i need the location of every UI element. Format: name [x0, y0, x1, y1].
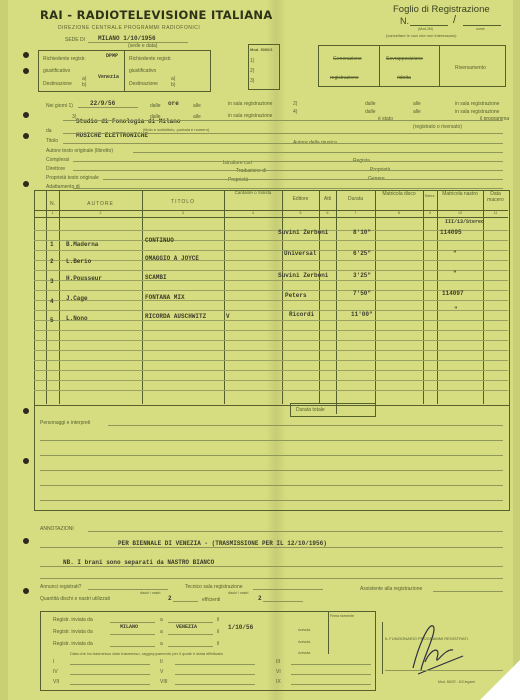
- reg-label: Registr. inviata da: [53, 629, 93, 635]
- direttore-label: Direttore: [46, 166, 65, 172]
- row-autore: L.Nono: [66, 315, 88, 322]
- punch-hole: [23, 181, 29, 187]
- reg-label: Registr. inviata da: [53, 617, 93, 623]
- qty-efficient: 2: [258, 595, 262, 602]
- col-header-n: N.: [46, 201, 59, 207]
- col-number: 3: [142, 211, 224, 215]
- row-editore: Suvini Zerboni: [278, 272, 328, 279]
- dalle-label: dalle: [365, 101, 376, 107]
- punch-hole: [23, 588, 29, 594]
- col-number: 9: [423, 211, 437, 215]
- row-editore: Universal: [284, 250, 316, 257]
- reg-label: Registr. inviata da: [53, 641, 93, 647]
- annunci-label: Annunci registrati?: [40, 584, 81, 590]
- reg-to: VENEZIA: [176, 624, 197, 630]
- reg-from: MILANO: [120, 624, 138, 630]
- request-label: Richiedente registr.: [43, 56, 86, 62]
- row-matricola: ": [454, 306, 458, 313]
- org-subtitle: DIREZIONE CENTRALE PROGRAMMI RADIOFONICI: [58, 25, 200, 31]
- roman-label: VIII: [160, 679, 168, 685]
- mod-item: 3): [250, 78, 254, 84]
- sede-note: (sede e data): [128, 43, 157, 49]
- annotazioni-label: ANNOTAZIONI: [40, 526, 74, 532]
- sala-label: in sala registrazione: [455, 101, 499, 107]
- col-number: 7: [336, 211, 375, 215]
- col-header-matricola-disco: Matricola disco: [375, 191, 423, 197]
- music-table: [34, 190, 510, 406]
- row-number: 2: [50, 258, 54, 265]
- alle-label: alle: [413, 101, 421, 107]
- org-title: RAI - RADIOTELEVISIONE ITALIANA: [40, 8, 273, 22]
- efficienti-label: efficienti: [202, 597, 220, 603]
- col-number: 5: [282, 211, 319, 215]
- roman-label: VII: [53, 679, 59, 685]
- dest-a-value: Venezia: [98, 74, 119, 80]
- a-label: a: [160, 617, 163, 623]
- quantita-label: Quantità dischi e nastri utilizzati: [40, 596, 110, 602]
- col-header-durata: Durata: [336, 196, 375, 202]
- punch-hole: [23, 52, 29, 58]
- reg-note: Data che ha trasmesso dato trasmesso, ra…: [70, 651, 223, 656]
- registration-sheet: RAI - RADIOTELEVISIONE ITALIANA DIREZION…: [8, 0, 513, 700]
- row-editore: Suvini Zerboni: [278, 229, 328, 236]
- col-header-data-macero: Data macero: [483, 191, 508, 203]
- row-durata: 11'00": [351, 311, 373, 318]
- row-autore: B.Maderna: [66, 241, 98, 248]
- row-number: 4: [50, 298, 54, 305]
- number-note: (Mod.2M): [418, 27, 433, 31]
- alle-label: alle: [413, 109, 421, 115]
- mod-code: Mod. 86CR - 5/3 legami: [438, 680, 475, 684]
- annotazioni-line2: NB. I brani sono separati da NASTRO BIAN…: [63, 559, 214, 566]
- punch-hole: [23, 68, 29, 74]
- traduzione-label: Traduzione di: [236, 168, 266, 174]
- col-header-cantante: Cantante o Solista: [224, 190, 282, 195]
- a-label: a: [160, 641, 163, 647]
- page-corner: [480, 660, 520, 700]
- status-ridotta: ridotta: [397, 75, 411, 81]
- row-autore: L.Berio: [66, 258, 91, 265]
- request-value: DPMP: [106, 53, 118, 59]
- col-header-titolo: TITOLO: [142, 199, 224, 205]
- giorni-value: 22/9/56: [90, 100, 115, 107]
- annotazioni-line1: PER BIENNALE DI VENEZIA - (TRASMISSIONE …: [118, 540, 327, 547]
- row-titolo: FONTANA MIX: [145, 294, 185, 301]
- roman-label: IX: [276, 679, 281, 685]
- titolo-label: Titolo: [46, 138, 58, 144]
- row-matricola: 114097: [442, 290, 464, 297]
- complessi-label: Complessi: [46, 157, 69, 163]
- row-durata: 7'50": [353, 290, 371, 297]
- sede-label: SEDE DI: [65, 37, 85, 43]
- row-number: 5: [50, 317, 54, 324]
- col-header-matricola-nastro: Matricola nastro: [437, 191, 483, 197]
- status-sovrapposizione: Sovrapposizione: [386, 56, 423, 62]
- autore-testo-label: Autore testo originale (libretto): [46, 148, 113, 154]
- row-titolo: RICORDA AUSCHWITZ: [145, 313, 206, 320]
- col-number: 8: [375, 211, 423, 215]
- mod-label: Mod. 5000/1: [250, 47, 273, 52]
- row-number: 3: [50, 278, 54, 285]
- col-number: 6: [319, 211, 336, 215]
- giorni-label: Nei giorni 1): [46, 103, 73, 109]
- row-matricola: ": [453, 250, 457, 257]
- il-label: il: [217, 641, 219, 647]
- cancel-note: (cancellare le voci che non interessano): [386, 33, 456, 38]
- tecnico-label: Tecnico sala registrazione: [185, 584, 243, 590]
- roman-label: V: [160, 669, 163, 675]
- alle-label: alle: [193, 103, 201, 109]
- proprieta-testo-label: Proprietà testo originale: [46, 175, 99, 181]
- col-header-selez: Selez.: [423, 193, 437, 198]
- number-note: nome: [476, 27, 485, 31]
- mod-item: 1): [250, 58, 254, 64]
- row-durata: 3'25": [353, 272, 371, 279]
- row-titolo: CONTINUO: [145, 237, 174, 244]
- punch-hole: [23, 408, 29, 414]
- col-header-editore: Editore: [282, 196, 319, 202]
- titolo-note: (titolo e sottotitolo, puntata e numero): [143, 127, 209, 132]
- roman-label: III: [276, 659, 280, 665]
- row-editore: Peters: [285, 292, 307, 299]
- nastro-note: III/13/Stereo: [445, 219, 484, 225]
- request-label: Richiedente registr.: [129, 56, 172, 62]
- col-number: 2: [59, 211, 142, 215]
- roman-label: VI: [276, 669, 281, 675]
- row-number: 1: [50, 241, 54, 248]
- dalle-label: dalle: [150, 103, 161, 109]
- row-editore: Ricordi: [289, 311, 314, 318]
- punch-hole: [23, 458, 29, 464]
- qty-used: 2: [168, 595, 172, 602]
- row-autore: J.Cage: [66, 295, 88, 302]
- col-header-atti: Atti: [319, 196, 336, 202]
- status-registrazione: registrazione: [330, 75, 359, 81]
- dalle-label: dalle: [365, 109, 376, 115]
- col-header-autore: AUTORE: [59, 201, 142, 207]
- roman-label: IV: [53, 669, 58, 675]
- row-titolo: OMAGGIO A JOYCE: [145, 255, 199, 262]
- stato-note: (registrato o riversato): [413, 124, 462, 130]
- row-durata: 8'10": [353, 229, 371, 236]
- row-titolo: SCAMBI: [145, 274, 167, 281]
- row-autore: H.Pousseur: [66, 275, 102, 282]
- personaggi-box: [34, 404, 510, 511]
- giust-label: giustificativo: [129, 68, 156, 74]
- signature: [393, 618, 473, 678]
- sala-label: in sala registrazione: [228, 113, 272, 119]
- dischi-nastri-label: dischi / nastri: [140, 591, 160, 595]
- programma-label: il programma: [480, 116, 509, 122]
- ricevuta-label: ricevuta: [298, 628, 310, 632]
- col-number: 10: [437, 211, 483, 215]
- col-number: 11: [483, 211, 508, 215]
- da-label: da: [46, 128, 52, 134]
- reg-date: 1/10/56: [228, 624, 253, 631]
- row-durata: 6'25": [353, 250, 371, 257]
- roman-label: II: [160, 659, 163, 665]
- proprieta-label: Proprietà: [228, 177, 248, 183]
- firma-label: Firma ricevente: [330, 614, 354, 618]
- il-label: il: [217, 629, 219, 635]
- row-matricola: ": [453, 270, 457, 277]
- giust-label: giustificativo: [43, 68, 70, 74]
- number-label: N.: [400, 16, 409, 26]
- il-label: il: [217, 617, 219, 623]
- dischi-nastri-label: dischi / nastri: [228, 591, 248, 595]
- col-number: 1: [46, 211, 59, 215]
- ricevuta-label: ricevuta: [298, 640, 310, 644]
- dalle-value: ore: [168, 100, 179, 107]
- sala-label: in sala registrazione: [228, 101, 272, 107]
- row-cantante: V: [226, 313, 230, 320]
- mod-item: 2): [250, 68, 254, 74]
- sede-value: MILANO 1/10/1956: [98, 35, 156, 42]
- personaggi-label: Personaggi e interpreti: [40, 420, 90, 426]
- roman-label: I: [53, 659, 54, 665]
- punch-hole: [23, 538, 29, 544]
- form-title: Foglio di Registrazione: [393, 4, 490, 15]
- dest-label: Destinazione: [43, 81, 72, 87]
- row-matricola: 114095: [440, 229, 462, 236]
- punch-hole: [23, 133, 29, 139]
- sala-label: in sala registrazione: [455, 109, 499, 115]
- ricevuta-label: ricevuta: [298, 651, 310, 655]
- stato-label: è stato: [378, 116, 393, 122]
- status-riversamento: Riversamento: [455, 65, 486, 71]
- dest-label: Destinazione: [129, 81, 158, 87]
- status-generazione: Generazione: [333, 56, 362, 62]
- a-label: a: [160, 629, 163, 635]
- assistente-label: Assistente alla registrazione: [360, 586, 422, 592]
- punch-hole: [23, 112, 29, 118]
- col-number: 4: [224, 211, 282, 215]
